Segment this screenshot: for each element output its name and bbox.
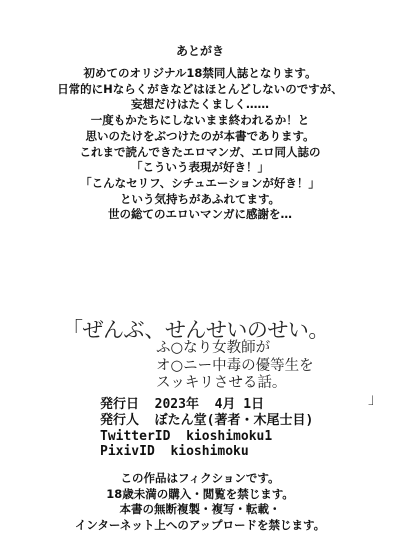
colophon: 発行日 2023年 4月 1日発行人 ぼたん堂(著者・木尾士目)TwitterI… bbox=[100, 397, 313, 460]
notice-line: 18歳未満の購入・閲覧を禁じます。 bbox=[0, 487, 400, 503]
book-title-block: 「ぜんぶ、せんせいのせい。 ふ○なり女教師が オ○ニー中毒の優等生を スッキリさ… bbox=[62, 314, 329, 344]
notice-line: 本書の無断複製・複写・転載・ bbox=[0, 502, 400, 518]
afterword-line: 妄想だけはたくましく…… bbox=[0, 97, 400, 113]
legal-notice: この作品はフィクションです。 18歳未満の購入・閲覧を禁じます。 本書の無断複製… bbox=[0, 471, 400, 533]
afterword-body: 初めてのオリジナル18禁同人誌となります。 日常的にHならくがきなどはほとんどし… bbox=[0, 66, 400, 223]
publisher: 発行人 ぼたん堂(著者・木尾士目) bbox=[100, 413, 313, 429]
subtitle-line: ふ○なり女教師が bbox=[156, 340, 314, 358]
afterword-line: 初めてのオリジナル18禁同人誌となります。 bbox=[0, 66, 400, 82]
closing-bracket: 」 bbox=[368, 392, 383, 410]
afterword-line: 一度もかたちにしないまま終われるか！と bbox=[0, 113, 400, 129]
publication-date: 発行日 2023年 4月 1日 bbox=[100, 397, 313, 413]
notice-line: この作品はフィクションです。 bbox=[0, 471, 400, 487]
afterword-heading: あとがき bbox=[0, 42, 400, 59]
afterword-line: これまで読んできたエロマンガ、エロ同人誌の bbox=[0, 145, 400, 161]
subtitle-line: スッキリさせる話。 bbox=[156, 375, 314, 393]
twitter-id: TwitterID kioshimoku1 bbox=[100, 429, 313, 445]
afterword-line: 「こんなセリフ、シチュエーションが好き！」 bbox=[0, 176, 400, 192]
afterword-line: 世の総てのエロいマンガに感謝を… bbox=[0, 207, 400, 223]
book-subtitle: ふ○なり女教師が オ○ニー中毒の優等生を スッキリさせる話。 」 bbox=[156, 340, 314, 393]
afterword-line: という気持ちがあふれてます。 bbox=[0, 192, 400, 208]
afterword-line: 日常的にHならくがきなどはほとんどしないのですが、 bbox=[0, 82, 400, 98]
notice-line: インターネット上へのアップロードを禁じます。 bbox=[0, 518, 400, 534]
afterword-line: 「こういう表現が好き！」 bbox=[0, 160, 400, 176]
afterword-line: 思いのたけをぶつけたのが本書であります。 bbox=[0, 129, 400, 145]
subtitle-line: オ○ニー中毒の優等生を bbox=[156, 358, 314, 376]
pixiv-id: PixivID kioshimoku bbox=[100, 444, 313, 460]
